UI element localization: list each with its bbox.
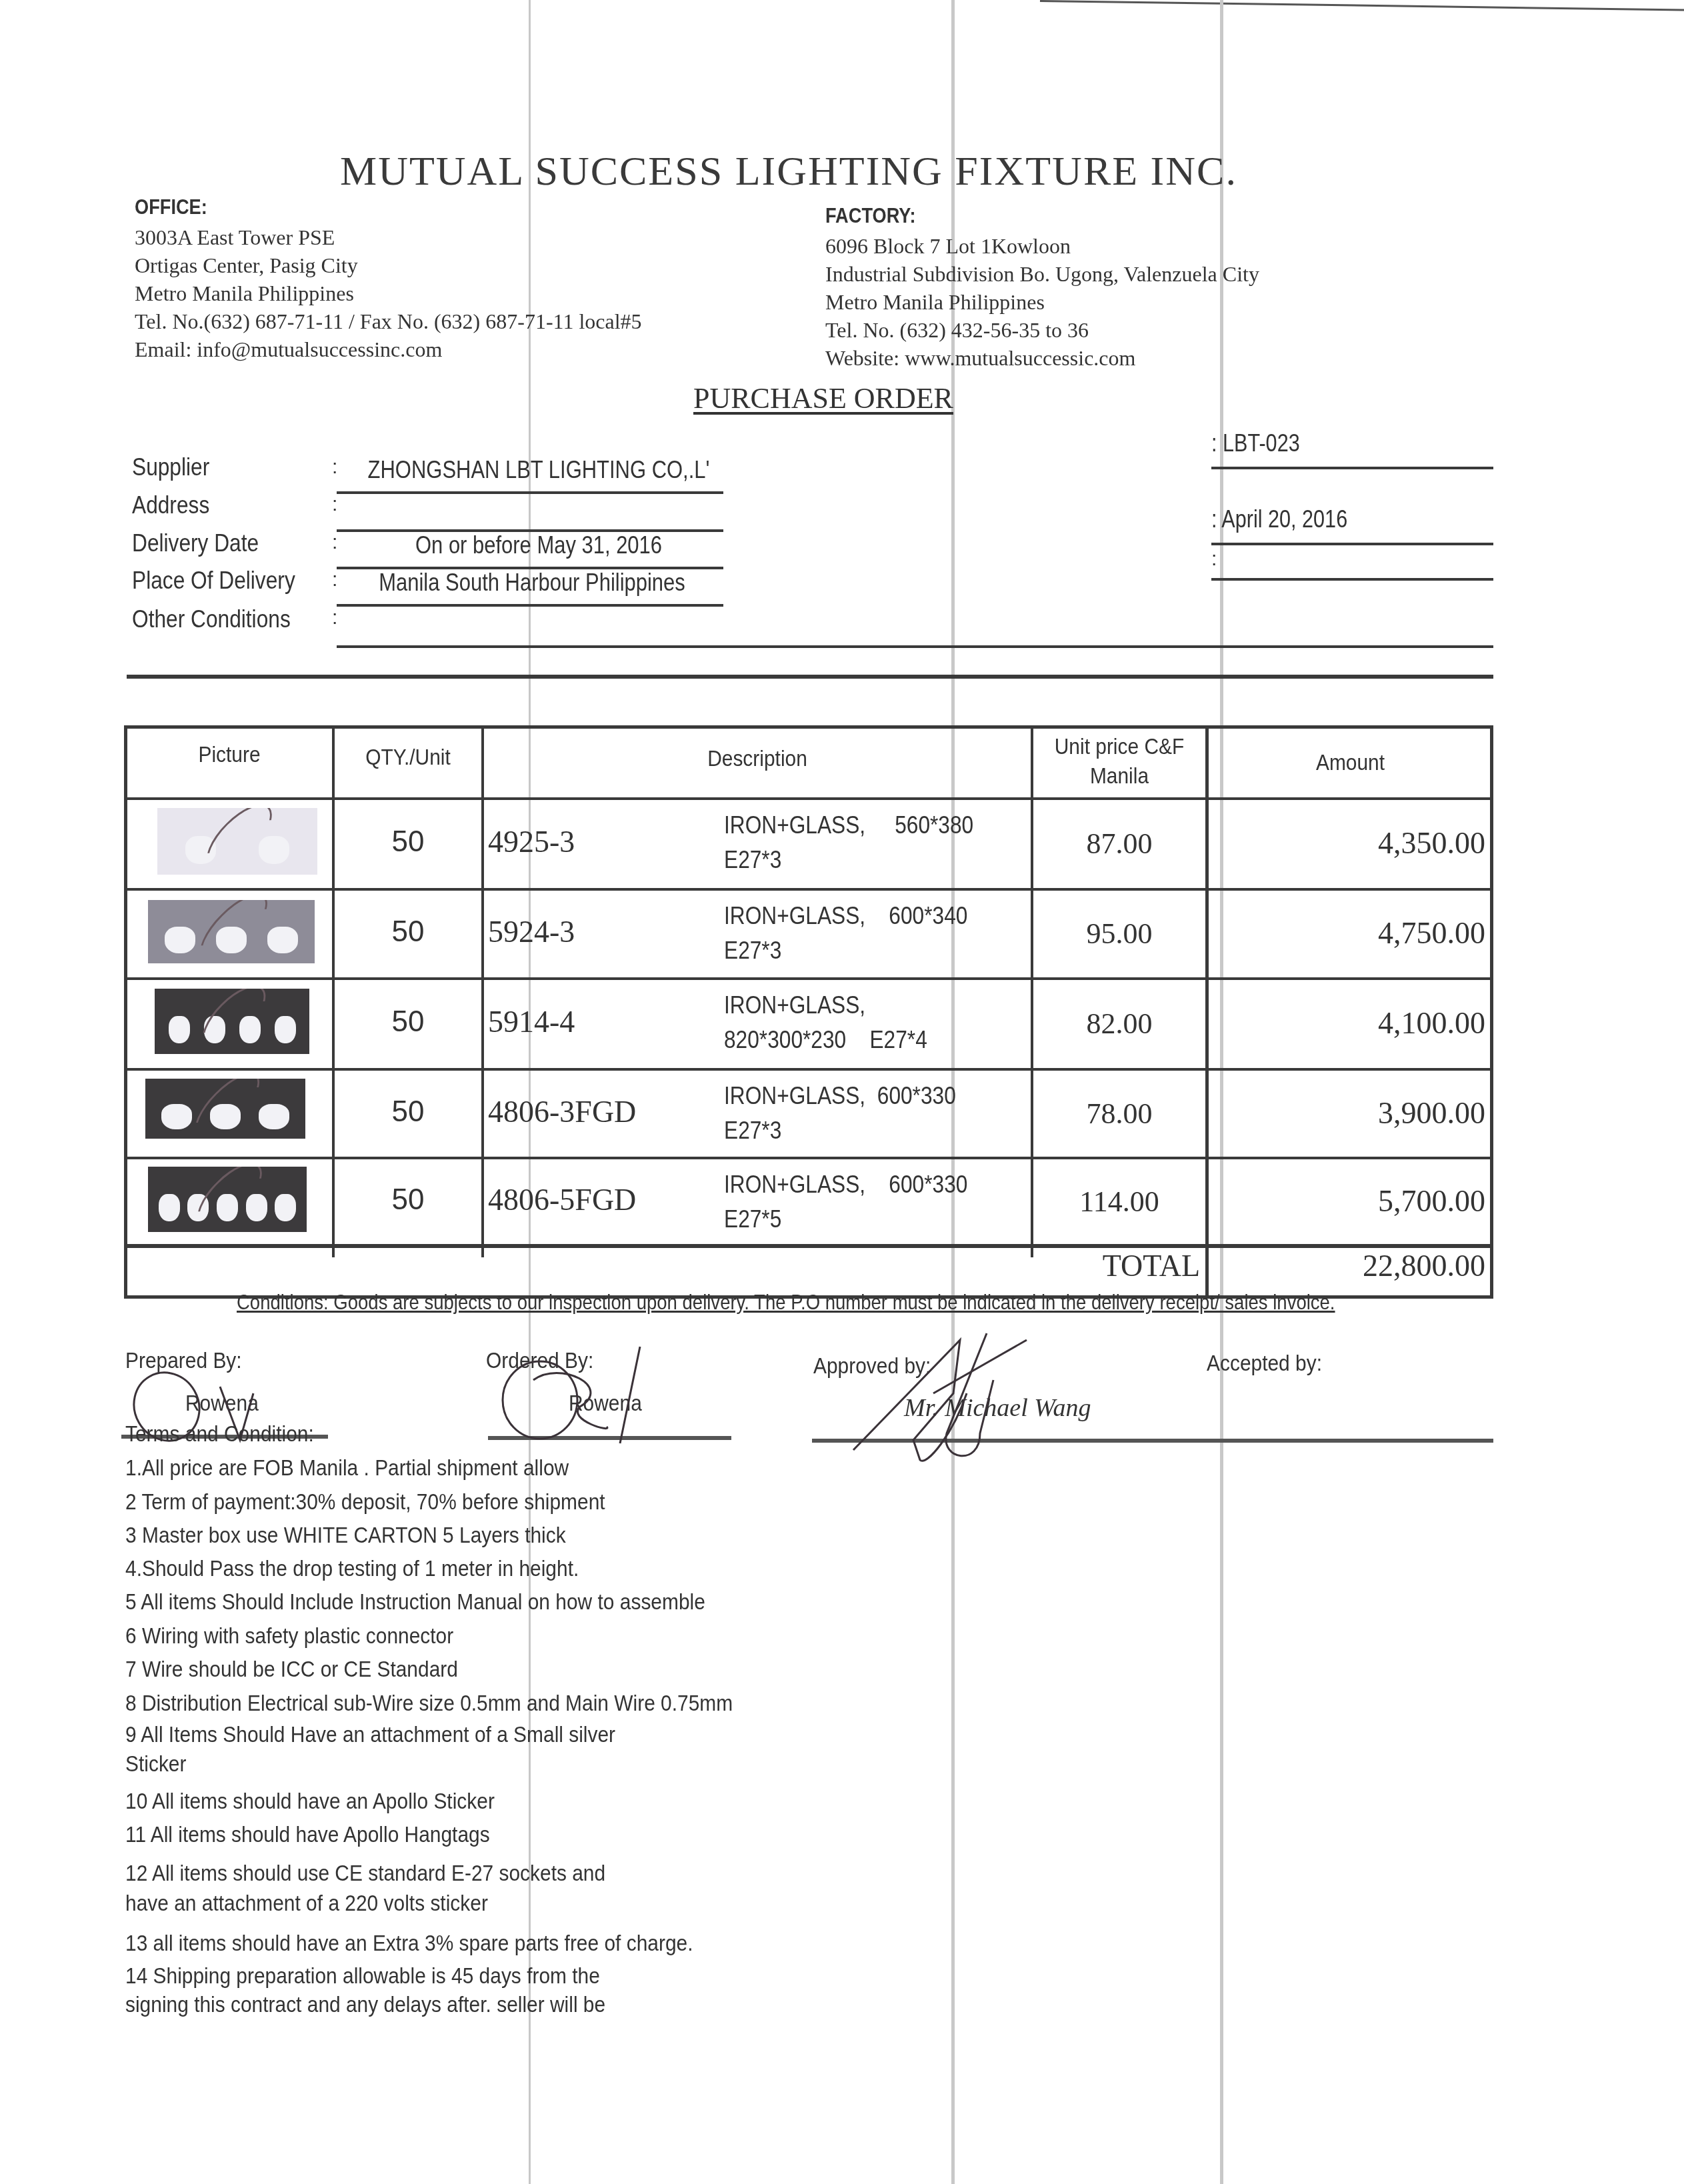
office-label: OFFICE: — [135, 195, 565, 219]
blank-field-value[interactable]: : — [1211, 548, 1217, 571]
lamp-shade-icon — [161, 1104, 192, 1129]
qty-cell: 50 — [335, 1095, 481, 1129]
description-cell: IRON+GLASS, 560*380 E27*3 — [724, 808, 973, 877]
colon: : — [332, 531, 337, 554]
row-divider — [125, 797, 1492, 800]
terms-item: 9 All Items Should Have an attachment of… — [125, 1720, 615, 1750]
total-label: TOTAL — [1033, 1248, 1200, 1283]
fixture-arm-icon — [185, 1079, 269, 1139]
office-email: Email: info@mutualsuccessinc.com — [135, 335, 642, 363]
qty-cell: 50 — [335, 1183, 481, 1217]
scan-edge-line — [1040, 0, 1684, 11]
amount-cell: 3,900.00 — [1209, 1095, 1485, 1131]
place-of-delivery-label: Place Of Delivery — [132, 567, 295, 595]
model-cell: 5914-4 — [488, 1004, 575, 1039]
column-divider — [332, 727, 335, 1257]
qty-cell: 50 — [335, 825, 481, 859]
product-picture — [148, 1167, 307, 1232]
supplier-label: Supplier — [132, 453, 209, 481]
field-underline — [1211, 578, 1493, 581]
terms-item: 14 Shipping preparation allowable is 45 … — [125, 1961, 600, 1991]
unit-price-cell: 78.00 — [1033, 1097, 1205, 1131]
terms-item: 4.Should Pass the drop testing of 1 mete… — [125, 1554, 579, 1584]
colon: : — [332, 493, 337, 516]
factory-address-line: 6096 Block 7 Lot 1Kowloon — [825, 232, 1259, 260]
terms-item: 6 Wiring with safety plastic connector — [125, 1621, 453, 1651]
description-cell: IRON+GLASS, 600*330 E27*5 — [724, 1167, 967, 1237]
product-picture — [145, 1079, 305, 1139]
terms-item: 1.All price are FOB Manila . Partial shi… — [125, 1453, 569, 1483]
amount-cell: 4,350.00 — [1209, 825, 1485, 861]
factory-address-line: Metro Manila Philippines — [825, 288, 1259, 316]
unit-price-cell: 95.00 — [1033, 917, 1205, 951]
row-divider — [125, 1068, 1492, 1071]
terms-item: 2 Term of payment:30% deposit, 70% befor… — [125, 1487, 605, 1517]
field-underline — [337, 604, 723, 607]
factory-phone: Tel. No. (632) 432-56-35 to 36 — [825, 316, 1259, 344]
column-header-qty: QTY./Unit — [343, 743, 473, 772]
qty-cell: 50 — [335, 915, 481, 949]
accepted-by-label: Accepted by: — [1207, 1351, 1322, 1377]
terms-item: Sticker — [125, 1749, 186, 1779]
column-divider — [1031, 727, 1033, 1257]
field-underline — [337, 567, 723, 569]
delivery-date-label: Delivery Date — [132, 529, 259, 557]
colon: : — [332, 569, 337, 591]
office-address-line: Ortigas Center, Pasig City — [135, 251, 642, 279]
terms-item: 8 Distribution Electrical sub-Wire size … — [125, 1689, 733, 1719]
model-cell: 4806-5FGD — [488, 1182, 636, 1217]
column-header-picture: Picture — [139, 740, 319, 769]
row-divider — [125, 977, 1492, 980]
amount-cell: 4,750.00 — [1209, 915, 1485, 951]
terms-item: 5 All items Should Include Instruction M… — [125, 1587, 705, 1617]
field-underline — [337, 645, 1493, 648]
description-cell: IRON+GLASS, 600*340 E27*3 — [724, 899, 967, 968]
fixture-arm-icon — [190, 900, 277, 963]
terms-item: 12 All items should use CE standard E-27… — [125, 1859, 605, 1889]
qty-cell: 50 — [335, 1005, 481, 1039]
po-number-value[interactable]: : LBT-023 — [1211, 429, 1300, 457]
factory-website: Website: www.mutualsuccessic.com — [825, 344, 1259, 372]
factory-block: FACTORY: 6096 Block 7 Lot 1Kowloon Indus… — [825, 203, 1259, 372]
model-cell: 4925-3 — [488, 824, 575, 859]
place-of-delivery-value[interactable]: Manila South Harbour Philippines — [343, 569, 721, 597]
unit-price-label-line1: Unit price C&F — [1043, 732, 1195, 761]
company-name: MUTUAL SUCCESS LIGHTING FIXTURE INC. — [340, 148, 1237, 195]
unit-price-cell: 114.00 — [1033, 1185, 1205, 1219]
office-address-line: 3003A East Tower PSE — [135, 223, 642, 251]
model-cell: 5924-3 — [488, 914, 575, 949]
field-underline — [1211, 543, 1493, 545]
lamp-shade-icon — [165, 927, 195, 953]
terms-item: 10 All items should have an Apollo Stick… — [125, 1787, 495, 1817]
amount-cell: 5,700.00 — [1209, 1183, 1485, 1219]
row-divider — [125, 888, 1492, 891]
office-phone: Tel. No.(632) 687-71-11 / Fax No. (632) … — [135, 307, 642, 335]
lamp-shade-icon — [275, 1016, 296, 1043]
column-header-amount: Amount — [1226, 748, 1475, 777]
unit-price-cell: 82.00 — [1033, 1007, 1205, 1041]
row-divider — [125, 1157, 1492, 1159]
column-header-unit-price: Unit price C&F Manila — [1043, 732, 1195, 791]
description-cell: IRON+GLASS, 600*330 E27*3 — [724, 1079, 956, 1148]
unit-price-cell: 87.00 — [1033, 827, 1205, 861]
lamp-shade-icon — [169, 1016, 190, 1043]
terms-item: have an attachment of a 220 volts sticke… — [125, 1889, 488, 1919]
amount-cell: 4,100.00 — [1209, 1005, 1485, 1041]
lamp-shade-icon — [159, 1194, 180, 1221]
terms-item: signing this contract and any delays aft… — [125, 1990, 605, 2020]
supplier-value[interactable]: ZHONGSHAN LBT LIGHTING CO,.L' — [367, 456, 711, 484]
other-conditions-label: Other Conditions — [132, 605, 291, 633]
model-cell: 4806-3FGD — [488, 1094, 636, 1129]
column-header-description: Description — [517, 744, 998, 773]
terms-item: 11 All items should have Apollo Hangtags — [125, 1820, 490, 1850]
field-underline — [337, 529, 723, 532]
product-picture — [155, 989, 309, 1054]
terms-heading: Terms and Condition: — [125, 1421, 314, 1447]
product-picture — [148, 900, 315, 963]
factory-address-line: Industrial Subdivision Bo. Ugong, Valenz… — [825, 260, 1259, 288]
column-divider — [481, 727, 484, 1257]
colon: : — [332, 456, 337, 479]
terms-item: 3 Master box use WHITE CARTON 5 Layers t… — [125, 1521, 566, 1551]
section-divider — [127, 675, 1493, 679]
product-picture — [157, 808, 317, 875]
signature-mark-approved — [827, 1300, 1173, 1500]
lamp-shade-icon — [259, 836, 289, 864]
colon: : — [332, 607, 337, 629]
terms-item: 13 all items should have an Extra 3% spa… — [125, 1929, 693, 1959]
field-underline — [1211, 467, 1493, 469]
lamp-shade-icon — [275, 1194, 296, 1221]
description-cell: IRON+GLASS, 820*300*230 E27*4 — [724, 988, 927, 1057]
signature-mark-ordered — [480, 1333, 693, 1447]
address-label: Address — [132, 491, 209, 519]
terms-item: 7 Wire should be ICC or CE Standard — [125, 1655, 458, 1685]
delivery-date-value[interactable]: On or before May 31, 2016 — [367, 531, 711, 559]
total-amount: 22,800.00 — [1209, 1248, 1485, 1283]
field-underline — [337, 491, 723, 494]
lamp-shade-icon — [259, 1104, 289, 1129]
office-address-line: Metro Manila Philippines — [135, 279, 642, 307]
document-title: PURCHASE ORDER — [693, 381, 953, 415]
lamp-shade-icon — [267, 927, 298, 953]
unit-price-label-line2: Manila — [1043, 761, 1195, 791]
office-block: OFFICE: 3003A East Tower PSE Ortigas Cen… — [135, 195, 642, 363]
po-date-value[interactable]: : April 20, 2016 — [1211, 505, 1347, 533]
factory-label: FACTORY: — [825, 203, 1194, 228]
